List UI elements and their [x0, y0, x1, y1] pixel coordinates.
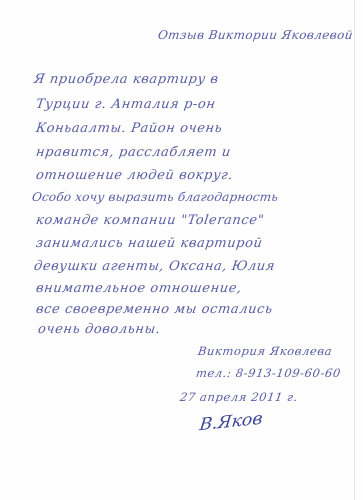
body-line-9: девушки агенты, Оксана, Юлия: [33, 259, 276, 274]
body-line-11: все своевременно мы остались: [35, 302, 274, 317]
body-line-2: Турции г. Анталия р-он: [35, 97, 217, 112]
body-line-1: Я приобрела квартиру в: [33, 72, 220, 87]
scanned-letter: Отзыв Виктории Яковлевой Я приобрела ква…: [0, 0, 363, 500]
paper-edge-shadow: [354, 0, 355, 500]
signer-phone: тел.: 8-913-109-60-60: [195, 366, 342, 380]
body-line-6: Особо хочу выразить благодарность: [31, 190, 279, 204]
letter-date: 27 апреля 2011 г.: [179, 390, 299, 404]
body-line-10: внимательное отношение,: [35, 281, 243, 296]
body-line-3: Коньаалты. Район очень: [35, 121, 223, 136]
body-line-8: занимались нашей квартирой: [35, 236, 264, 251]
body-line-7: команде компании "Tolerance": [35, 213, 265, 228]
body-line-4: нравится, расслабляет и: [35, 145, 232, 160]
letter-heading: Отзыв Виктории Яковлевой: [157, 28, 354, 42]
signer-name: Виктория Яковлева: [197, 344, 333, 358]
handwritten-signature: В.Яков: [198, 409, 263, 435]
body-line-12: очень довольны.: [37, 322, 162, 337]
body-line-5: отношение людей вокруг.: [35, 168, 234, 183]
